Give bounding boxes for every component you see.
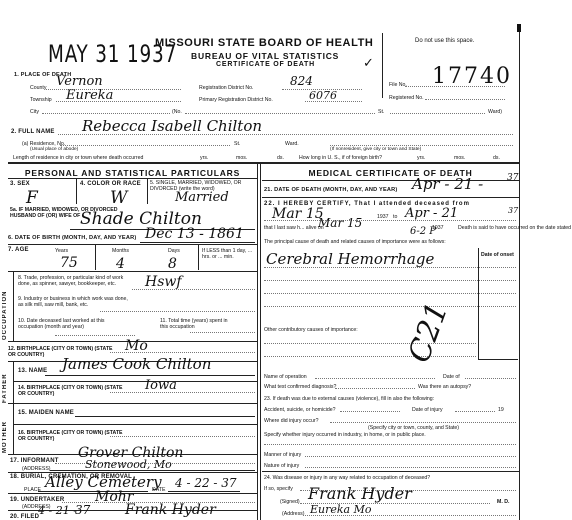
header-divider xyxy=(382,33,383,98)
burial-date-value: 4 - 22 - 37 xyxy=(175,476,237,490)
age-years-value: 75 xyxy=(60,255,78,271)
reg-district-label: Registration District No. xyxy=(199,85,253,91)
right-border xyxy=(519,26,520,520)
attended-from: Mar 15 xyxy=(272,206,324,222)
mother-vertical-label: MOTHER xyxy=(2,405,8,453)
occupation-related-label: 24. Was disease or injury in any way rel… xyxy=(264,475,430,481)
registered-no-label: Registered No. xyxy=(389,95,424,101)
marital-value: Married xyxy=(175,190,229,205)
us-residence-label: How long in U. S., if of foreign birth? xyxy=(299,155,382,161)
page-title: MISSOURI STATE BOARD OF HEALTH xyxy=(155,37,373,49)
last-saw-value: Mar 15 xyxy=(318,216,362,230)
reserved-note: Do not use this space. xyxy=(415,38,474,44)
length-mos: mos. xyxy=(236,155,247,161)
informant-address-value: Stonewood, Mo xyxy=(85,458,172,471)
father-name-value: James Cook Chilton xyxy=(62,355,211,373)
trade-label: 8. Trade, profession, or particular kind… xyxy=(18,275,130,287)
residence-st-label: St. xyxy=(234,141,240,147)
residence-ward-label: Ward. xyxy=(285,141,299,147)
operation-label: Name of operation xyxy=(264,374,307,380)
section-divider xyxy=(8,162,519,164)
length-yrs: yrs. xyxy=(200,155,208,161)
age-label: 7. AGE xyxy=(8,247,29,253)
injury-date-label: Date of injury xyxy=(412,407,443,413)
manner-label: Manner of injury xyxy=(264,452,301,458)
city-ward-label: Ward) xyxy=(488,109,502,115)
injury-year: 19 xyxy=(498,407,504,413)
signed-label: (Signed) xyxy=(280,499,300,505)
death-year: 37 xyxy=(507,173,518,183)
days-label: Days xyxy=(168,248,180,254)
informant-label: 17. INFORMANT xyxy=(10,458,59,464)
test-label: What test confirmed diagnosis? xyxy=(264,384,336,390)
us-mos: mos. xyxy=(454,155,465,161)
death-time: 6-2 P xyxy=(410,226,436,237)
county-label: County xyxy=(30,85,46,91)
last-worked-label: 10. Date deceased last worked at this oc… xyxy=(18,318,130,330)
less-than-day-label: If LESS than 1 day, ... hrs. or ... min. xyxy=(202,248,254,260)
city-label: City xyxy=(30,109,39,115)
physician-address-value: Eureka Mo xyxy=(310,503,372,516)
column-divider xyxy=(257,164,258,520)
sex-label: 3. SEX xyxy=(10,181,30,187)
nature-label: Nature of injury xyxy=(264,463,299,469)
bureau-subtitle: BUREAU OF VITAL STATISTICS xyxy=(191,51,339,61)
primary-reg-label: Primary Registration District No. xyxy=(199,97,273,103)
sex-value: F xyxy=(26,188,38,208)
date-of-death-label: 21. DATE OF DEATH (MONTH, DAY, AND YEAR) xyxy=(264,187,397,193)
date-of-death-value: Apr - 21 - xyxy=(412,175,483,193)
file-number: 17740 xyxy=(432,64,512,89)
cause-value: Cerebral Hemorrhage xyxy=(266,250,434,268)
city-no-label: (No. xyxy=(172,109,182,115)
attended-to: Apr - 21 xyxy=(405,206,458,221)
township-label: Township xyxy=(30,97,52,103)
residence-hint: (Usual place of abode) xyxy=(30,147,78,153)
total-time-label: 11. Total time (years) spent in this occ… xyxy=(160,318,230,330)
father-vertical-label: FATHER xyxy=(2,363,8,403)
attended-to-year: 37 xyxy=(508,206,518,215)
city-st-label: St. xyxy=(378,109,384,115)
if-so-label: If so, specify xyxy=(264,486,293,492)
where-injury-hint: (Specify city or town, county, and State… xyxy=(368,425,459,431)
dob-label: 6. DATE OF BIRTH (MONTH, DAY, AND YEAR) xyxy=(8,235,136,241)
physician-signature: Frank Hyder xyxy=(308,484,412,503)
accident-label: Accident, suicide, or homicide? xyxy=(264,407,336,413)
external-causes-label: 23. If death was due to external causes … xyxy=(264,396,434,402)
checkmark-icon: ✓ xyxy=(363,55,374,71)
us-ds: ds. xyxy=(493,155,500,161)
where-injury-label: Where did injury occur? xyxy=(264,418,319,424)
nonresident-hint: (If nonresident, give city or town and S… xyxy=(330,147,421,153)
operation-date-label: Date of xyxy=(443,374,460,380)
autopsy-label: Was there an autopsy? xyxy=(418,384,471,390)
primary-reg-value: 6076 xyxy=(309,89,337,102)
dob-value: Dec 13 - 1861 xyxy=(145,226,244,242)
occupation-vertical-label: OCCUPATION xyxy=(2,275,8,340)
full-name-value: Rebecca Isabell Chilton xyxy=(82,117,262,135)
county-value: Vernon xyxy=(56,74,103,89)
father-name-label: 13. NAME xyxy=(18,368,47,374)
color-label: 4. COLOR OR RACE xyxy=(80,181,141,187)
last-saw-label: that I last saw h... alive on xyxy=(264,225,324,231)
industry-label: 9. Industry or business in which work wa… xyxy=(18,296,130,308)
date-of-onset-label: Date of onset xyxy=(481,252,514,258)
certificate-type: CERTIFICATE OF DEATH xyxy=(216,61,315,68)
specify-injury-label: Specify whether injury occurred in indus… xyxy=(264,432,426,438)
father-birthplace-value: Iowa xyxy=(145,378,177,393)
length-ds: ds. xyxy=(277,155,284,161)
cause-label: The principal cause of death and related… xyxy=(264,239,446,245)
undertaker-label: 19. UNDERTAKER xyxy=(10,497,64,503)
other-causes-label: Other contributory causes of importance: xyxy=(264,327,358,333)
age-months-value: 4 xyxy=(116,256,125,272)
full-name-label: 2. FULL NAME xyxy=(11,129,55,135)
father-birthplace-label: 14. BIRTHPLACE (CITY OR TOWN) (STATE OR … xyxy=(18,385,128,397)
to-label: to xyxy=(393,214,397,220)
maiden-name-label: 15. MAIDEN NAME xyxy=(18,410,74,416)
township-value: Eureka xyxy=(66,88,113,103)
personal-section-title: PERSONAL AND STATISTICAL PARTICULARS xyxy=(8,168,257,178)
filed-label: 20. FILED xyxy=(10,514,39,520)
trade-value: Hswf xyxy=(145,274,182,290)
age-days-value: 8 xyxy=(168,256,177,272)
length-of-residence-label: Length of residence in city or town wher… xyxy=(13,155,143,161)
registrar-signature: Frank Hyder xyxy=(125,502,216,518)
filed-value: 4 - 21 - xyxy=(38,504,77,517)
physician-address-label: (Address) xyxy=(282,511,305,517)
us-yrs: yrs. xyxy=(417,155,425,161)
reg-district-value: 824 xyxy=(290,74,313,88)
attended-from-year: 1937 xyxy=(377,214,389,220)
months-label: Months xyxy=(112,248,129,254)
death-said-label: Death is said to have occurred on the da… xyxy=(458,225,518,231)
years-label: Years xyxy=(55,248,68,254)
color-value: W xyxy=(110,188,127,208)
filed-year: 37 xyxy=(75,503,90,517)
date-of-onset-box xyxy=(478,248,518,360)
file-no-label: File No. xyxy=(389,82,407,88)
birthplace-value: Mo xyxy=(125,338,148,354)
md-label: M. D. xyxy=(497,499,509,505)
